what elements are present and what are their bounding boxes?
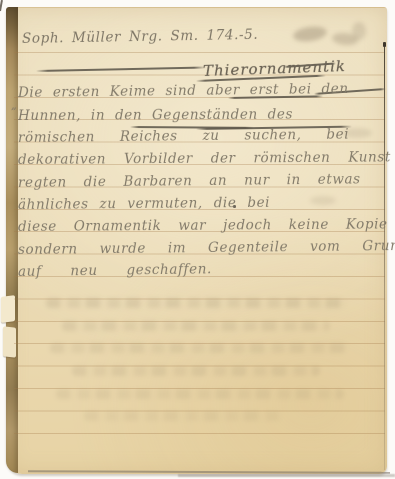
ink-show-through [62,321,330,331]
ink-show-through [72,366,320,376]
handwriting-line: ähnliches zu vermuten, die bei [18,195,270,213]
handwriting-line: auf neu geschaffen. [18,261,212,280]
ink-show-through [56,389,344,399]
ink-show-through [46,298,346,308]
handwriting-line: dekorativen Vorbilder der römischen Kuns… [18,149,391,168]
pencil-margin-hook [0,0,3,11]
scanned-notebook-page: Soph. Müller Nrg. Sm. 174.-5. Thierornam… [0,0,395,479]
handwriting-line: Hunnen, in den Gegenständen des [18,107,293,124]
page-edge-tab [1,295,15,323]
pencil-smudge [342,128,372,138]
underlying-page-edge [178,474,395,477]
ink-show-through [84,411,282,421]
ink-show-through [50,343,348,353]
page-right-edge-mark [383,42,386,47]
handwriting-line: diese Ornamentik war jedoch keine Kopie [18,216,388,235]
margin-mark: „ [11,99,17,112]
pencil-smudge [352,22,366,40]
page-right-edge [384,42,385,470]
pencil-smudge [310,196,336,205]
